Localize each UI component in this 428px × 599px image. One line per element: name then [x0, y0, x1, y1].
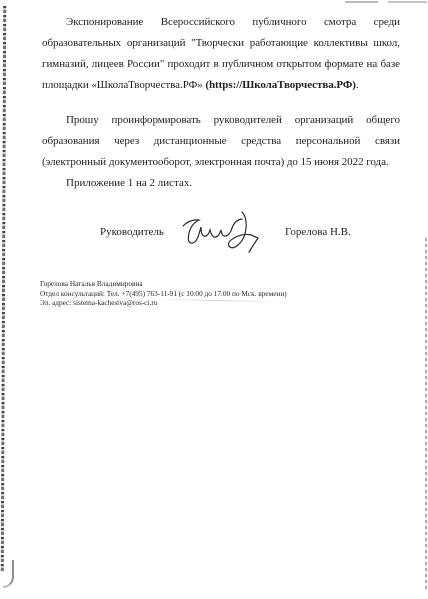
- paragraph-request: Прошу проинформировать руководителей орг…: [42, 110, 400, 173]
- contact-name: Горелова Наталья Владимировна: [40, 279, 400, 289]
- site-url-text: (https://ШколаТворчества.РФ): [205, 79, 356, 91]
- letter-body: Экспонирование Всероссийского публичного…: [42, 12, 400, 308]
- paragraph-exhibition: Экспонирование Всероссийского публичного…: [42, 12, 400, 96]
- scan-artifact-top-right-1: [345, 1, 378, 3]
- scan-artifact-left-hook: [3, 560, 14, 588]
- handwritten-signature-icon: [178, 206, 270, 258]
- scan-artifact-top-right-2: [388, 1, 427, 3]
- contact-footer: Горелова Наталья Владимировна Отдел конс…: [40, 279, 400, 308]
- contact-phone: Отдел консультаций: Тел. +7(495) 763-11-…: [40, 289, 400, 299]
- attachment-note: Приложение 1 на 2 листах.: [42, 173, 400, 194]
- scan-artifact-right-edge: [425, 238, 427, 590]
- signer-title: Руководитель: [100, 226, 164, 238]
- contact-email: Эл. адрес: sistema-kachestva@ros-ci.ru: [40, 298, 400, 308]
- scan-artifact-left-edge: [1, 6, 6, 572]
- signature-block: Руководитель Горелова Н.В.: [42, 210, 400, 265]
- signer-name: Горелова Н.В.: [285, 226, 351, 238]
- paragraph-exhibition-tail: .: [356, 79, 359, 91]
- document-page: Экспонирование Всероссийского публичного…: [0, 0, 428, 599]
